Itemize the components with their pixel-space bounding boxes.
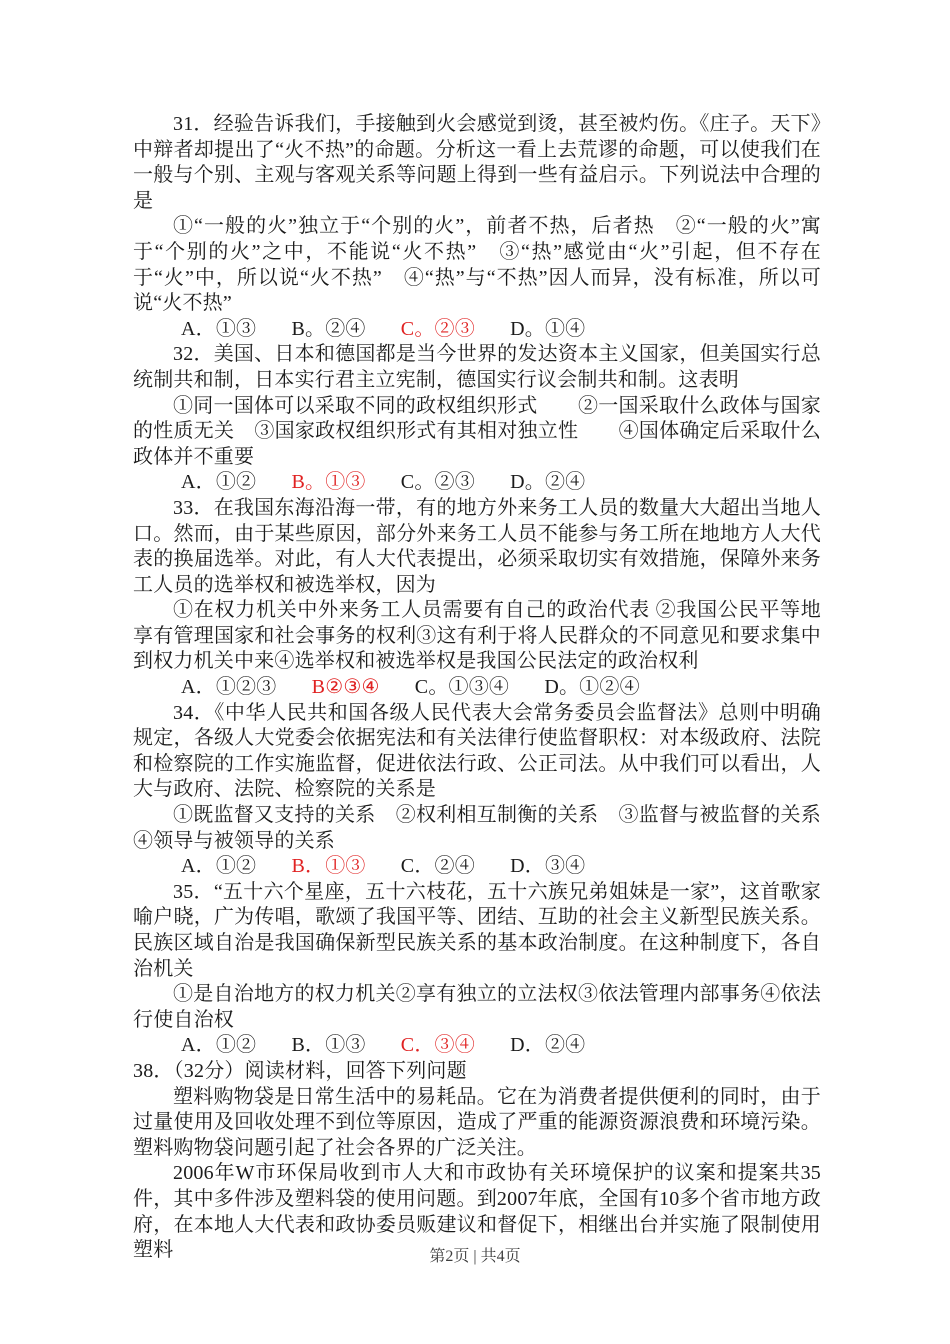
choice-c: C。①③④ (415, 675, 509, 701)
choice-b: B．①③ (291, 854, 365, 880)
choice-a: A．①②③ (181, 675, 276, 701)
choice-d: D。①②④ (544, 675, 639, 701)
choice-a: A．①③ (181, 317, 256, 343)
choice-b: B②③④ (312, 675, 380, 701)
choice-b: B。①③ (291, 470, 365, 496)
question-31: 31．经验告诉我们，手接触到火会感觉到烫，甚至被灼伤。《庄子。天下》中辩者却提出… (133, 112, 821, 342)
choice-c: C．②④ (401, 854, 475, 880)
choice-d: D。②④ (510, 470, 585, 496)
question-38-heading: 38．（32分）阅读材料，回答下列问题 (133, 1059, 821, 1085)
choice-b: B。②④ (291, 317, 365, 343)
question-31-choices: A．①③ B。②④ C。②③ D。①④ (133, 317, 821, 343)
question-33-stem: 33．在我国东海沿海一带，有的地方外来务工人员的数量大大超出当地人口。然而，由于… (133, 496, 821, 598)
question-33-choices: A．①②③ B②③④ C。①③④ D。①②④ (133, 675, 821, 701)
question-34-choices: A．①② B．①③ C．②④ D．③④ (133, 854, 821, 880)
question-32-choices: A．①② B。①③ C。②③ D。②④ (133, 470, 821, 496)
question-35-choices: A．①② B．①③ C．③④ D．②④ (133, 1033, 821, 1059)
choice-a: A．①② (181, 854, 256, 880)
page-footer: 第2页 | 共4页 (0, 1243, 950, 1266)
question-31-items: ①“一般的火”独立于“个别的火”，前者不热，后者热 ②“一般的火”寓于“个别的火… (133, 214, 821, 316)
question-35-items: ①是自治地方的权力机关②享有独立的立法权③依法管理内部事务④依法行使自治权 (133, 982, 821, 1033)
choice-d: D．②④ (510, 1033, 585, 1059)
exam-page: 31．经验告诉我们，手接触到火会感觉到烫，甚至被灼伤。《庄子。天下》中辩者却提出… (133, 112, 821, 1264)
question-38: 38．（32分）阅读材料，回答下列问题 塑料购物袋是日常生活中的易耗品。它在为消… (133, 1059, 821, 1264)
question-35: 35．“五十六个星座，五十六枝花，五十六族兄弟姐妹是一家”，这首歌家喻户晓，广为… (133, 880, 821, 1059)
choice-d: D。①④ (510, 317, 585, 343)
question-34-items: ①既监督又支持的关系 ②权利相互制衡的关系 ③监督与被监督的关系④领导与被领导的… (133, 803, 821, 854)
question-38-paragraph-1: 塑料购物袋是日常生活中的易耗品。它在为消费者提供便利的同时，由于过量使用及回收处… (133, 1085, 821, 1162)
choice-a: A．①② (181, 470, 256, 496)
question-35-stem: 35．“五十六个星座，五十六枝花，五十六族兄弟姐妹是一家”，这首歌家喻户晓，广为… (133, 880, 821, 982)
choice-c: C。②③ (401, 470, 475, 496)
choice-a: A．①② (181, 1033, 256, 1059)
question-33: 33．在我国东海沿海一带，有的地方外来务工人员的数量大大超出当地人口。然而，由于… (133, 496, 821, 701)
question-32-items: ①同一国体可以采取不同的政权组织形式 ②一国采取什么政体与国家的性质无关 ③国家… (133, 394, 821, 471)
choice-b: B．①③ (291, 1033, 365, 1059)
choice-c: C。②③ (401, 317, 475, 343)
question-31-stem: 31．经验告诉我们，手接触到火会感觉到烫，甚至被灼伤。《庄子。天下》中辩者却提出… (133, 112, 821, 214)
question-34-stem: 34．《中华人民共和国各级人民代表大会常务委员会监督法》总则中明确规定，各级人大… (133, 701, 821, 803)
choice-d: D．③④ (510, 854, 585, 880)
question-32: 32．美国、日本和德国都是当今世界的发达资本主义国家，但美国实行总统制共和制，日… (133, 342, 821, 496)
question-32-stem: 32．美国、日本和德国都是当今世界的发达资本主义国家，但美国实行总统制共和制，日… (133, 342, 821, 393)
question-34: 34．《中华人民共和国各级人民代表大会常务委员会监督法》总则中明确规定，各级人大… (133, 701, 821, 880)
question-33-items: ①在权力机关中外来务工人员需要有自己的政治代表 ②我国公民平等地享有管理国家和社… (133, 598, 821, 675)
choice-c: C．③④ (401, 1033, 475, 1059)
